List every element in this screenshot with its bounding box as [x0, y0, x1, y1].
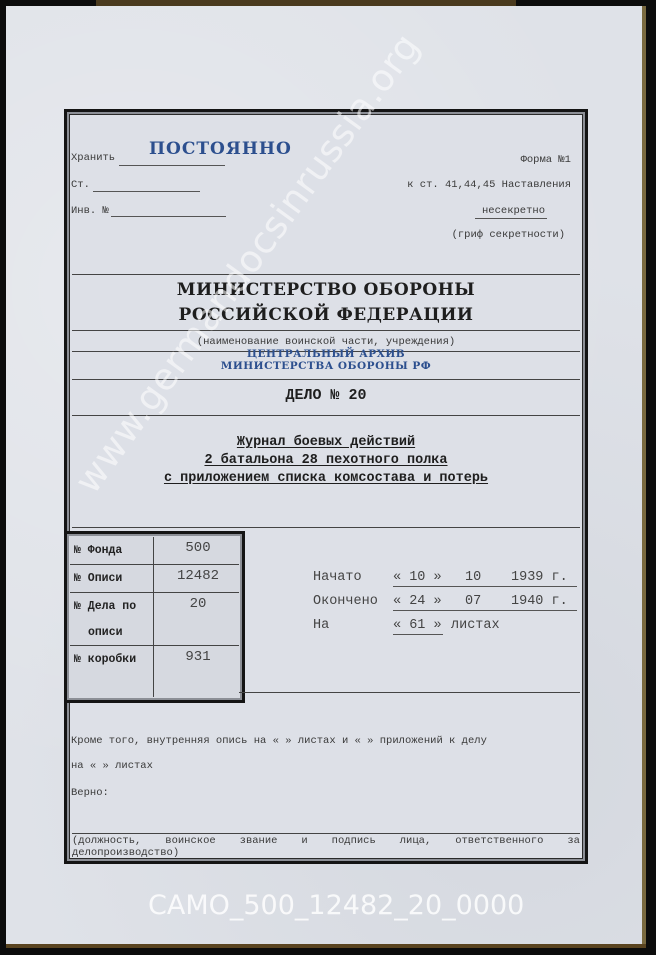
signature-caption-line-1: (должность, воинское звание и подпись ли… — [72, 835, 580, 847]
sheets-label: На — [313, 618, 329, 633]
table-row-delo: № Дела по описи 20 — [70, 593, 239, 646]
caption-word: и — [301, 835, 307, 847]
store-underline — [119, 165, 225, 166]
case-number: ДЕЛО № 20 — [67, 387, 585, 404]
table-row-fond: № Фонда 500 — [70, 537, 239, 565]
case-cover-form: Хранить ПОСТОЯННО Ст. Инв. № Форма №1 к … — [64, 109, 588, 864]
caption-word: ответственного — [455, 835, 543, 847]
inventory-label: Инв. № — [71, 205, 109, 217]
caption-word: (должность, — [72, 835, 141, 847]
started-day: « 10 » — [393, 570, 442, 585]
sheets-line: на « » листах — [71, 760, 153, 772]
opis-label: № Описи — [74, 572, 122, 585]
article-label: Ст. — [71, 179, 90, 191]
fond-value: 500 — [156, 540, 240, 556]
started-underline — [393, 586, 577, 587]
sheets-suffix: листах — [451, 618, 500, 633]
institution-caption: (наименование воинской части, учреждения… — [67, 336, 585, 348]
divider — [72, 274, 580, 275]
delo-value: 20 — [156, 596, 240, 612]
ended-underline — [393, 610, 577, 611]
secrecy-underline — [475, 218, 547, 219]
caption-word: подпись — [332, 835, 376, 847]
verified-label: Верно: — [71, 787, 109, 799]
started-year: 1939 г. — [511, 570, 568, 585]
table-row-box: № коробки 931 — [70, 646, 239, 673]
divider — [72, 527, 580, 528]
paper-edge-right — [642, 6, 646, 944]
case-title-line-2: 2 батальона 28 пехотного полка — [67, 452, 585, 470]
started-month: 10 — [465, 570, 481, 585]
signature-caption: (должность, воинское звание и подпись ли… — [72, 835, 580, 859]
secrecy-value: несекретно — [482, 205, 545, 217]
divider — [72, 330, 580, 331]
case-title-line-1: Журнал боевых действий — [67, 434, 585, 452]
opis-value: 12482 — [156, 568, 240, 584]
sheets-underline — [393, 634, 443, 635]
divider — [72, 379, 580, 380]
store-stamp-permanent: ПОСТОЯННО — [149, 139, 292, 159]
article-underline — [93, 191, 200, 192]
inventory-line: Кроме того, внутренняя опись на « » лист… — [71, 735, 487, 747]
box-label: № коробки — [74, 653, 136, 666]
divider — [72, 833, 580, 834]
archive-stamp-line-2: МИНИСТЕРСТВА ОБОРОНЫ РФ — [67, 361, 585, 372]
started-label: Начато — [313, 570, 362, 585]
box-value: 931 — [156, 649, 240, 665]
regulation-reference: к ст. 41,44,45 Наставления — [407, 179, 571, 191]
divider — [72, 415, 580, 416]
paper-sheet: Хранить ПОСТОЯННО Ст. Инв. № Форма №1 к … — [6, 6, 642, 944]
divider — [239, 692, 580, 693]
fond-label: № Фонда — [74, 544, 122, 557]
caption-word: звание — [240, 835, 278, 847]
form-number: Форма №1 — [521, 154, 571, 166]
delo-label-cont: описи — [88, 626, 123, 639]
ended-label: Окончено — [313, 594, 378, 609]
delo-label: № Дела по — [74, 600, 136, 613]
caption-word: воинское — [165, 835, 215, 847]
caption-word: за — [567, 835, 580, 847]
ended-year: 1940 г. — [511, 594, 568, 609]
table-row-opis: № Описи 12482 — [70, 565, 239, 593]
ended-day: « 24 » — [393, 594, 442, 609]
secrecy-caption: (гриф секретности) — [452, 229, 565, 241]
institution-line-2: РОССИЙСКОЙ ФЕДЕРАЦИИ — [67, 305, 585, 325]
institution-line-1: МИНИСТЕРСТВО ОБОРОНЫ — [67, 280, 585, 300]
scan-background: Хранить ПОСТОЯННО Ст. Инв. № Форма №1 к … — [0, 0, 656, 955]
scan-id-caption: CAMO_500_12482_20_0000 — [148, 890, 524, 921]
inventory-underline — [111, 216, 226, 217]
signature-caption-line-2: делопроизводство) — [72, 847, 580, 859]
identifiers-table: № Фонда 500 № Описи 12482 № Дела по опис… — [64, 531, 245, 703]
store-label: Хранить — [71, 152, 115, 164]
paper-edge-bottom — [6, 944, 646, 948]
ended-month: 07 — [465, 594, 481, 609]
archive-stamp-line-1: ЦЕНТРАЛЬНЫЙ АРХИВ — [67, 349, 585, 360]
sheets-value: « 61 » — [393, 618, 442, 633]
case-title-line-3: с приложением списка комсостава и потерь — [67, 470, 585, 488]
caption-word: лица, — [400, 835, 432, 847]
